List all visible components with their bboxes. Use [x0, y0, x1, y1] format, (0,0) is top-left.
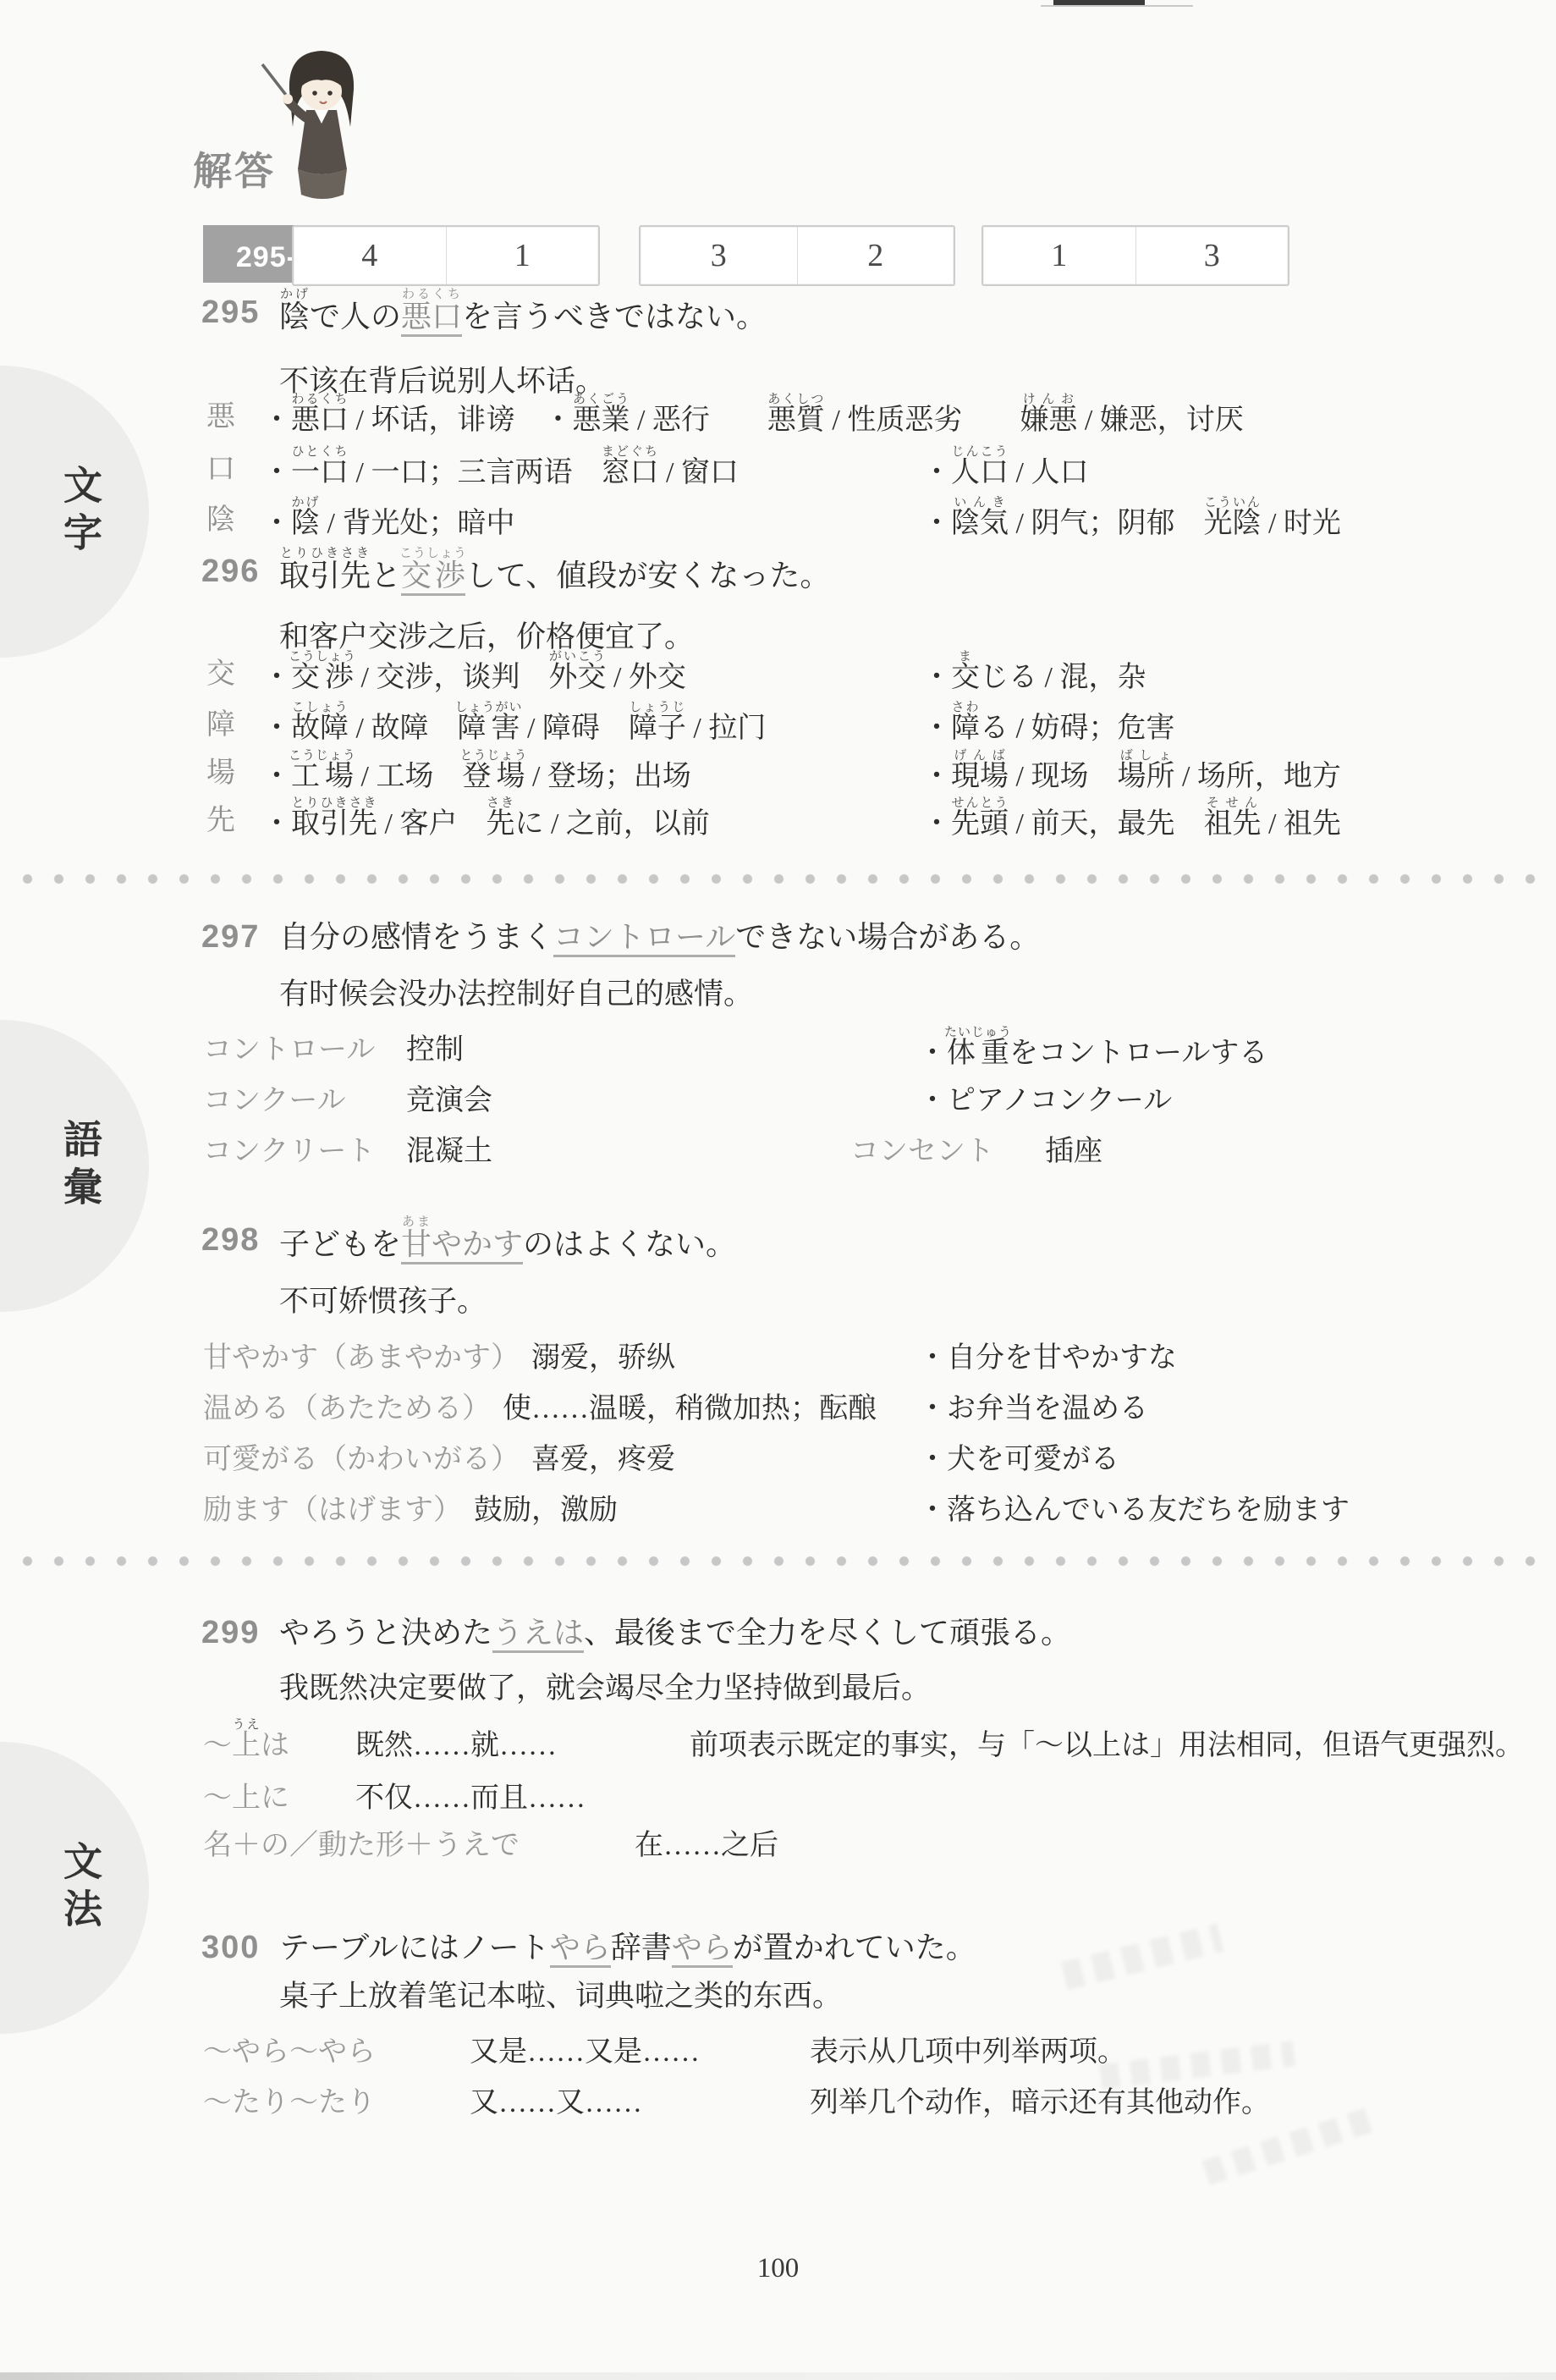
answer-value: 2 — [797, 227, 954, 284]
grammar-row: 名＋の／動た形＋うえで 在……之后 — [203, 1821, 969, 1874]
question-number: 300 — [201, 1923, 260, 1972]
kanji-row: 陰・陰かげ / 背光处；暗中・陰気いんき / 阴气；阴郁 光陰こういん / 时光 — [0, 496, 1556, 548]
question-sentence: 自分の感情をうまくコントロールできない場合がある。 — [279, 912, 1040, 961]
vocab-example: ・体重たいじゅうをコントロールする — [918, 1026, 1267, 1078]
question-number: 299 — [201, 1608, 260, 1657]
vocab-row: コンクリート混凝土コンセント插座 — [0, 1127, 1556, 1180]
answer-word: コントロール — [553, 920, 735, 957]
scan-edge-shadow — [1041, 5, 1193, 7]
grammar-note: 前项表示既定的事实，与「～以上は」用法相同，但语气更强烈。 — [690, 1730, 1524, 1761]
vocab-row: 甘やかす（あまやかす）溺爱，骄纵・自分を甘やかすな — [0, 1334, 1556, 1386]
answer-word: やら — [672, 1931, 733, 1968]
grammar-meaning: 不仅……而且…… — [355, 1774, 690, 1823]
grammar-note: 列举几个动作，暗示还有其他动作。 — [810, 2087, 1270, 2118]
kanji-row: 口・一口ひとくち / 一口；三言两语 窓口まどぐち / 窗口・人口じんこう / … — [0, 445, 1556, 498]
translation-text: 有时候会没办法控制好自己的感情。 — [279, 978, 753, 1011]
question-number: 297 — [201, 912, 260, 961]
question-sentence: 取引先とりひきさきと交渉こうしょうして、値段が安くなった。 — [279, 547, 830, 600]
vocab-meaning: 鼓励，激励 — [474, 1495, 618, 1526]
vocab-example: ・自分を甘やかすな — [918, 1334, 1177, 1383]
grammar-row: ～やら～やら又是……又是……表示从几项中列举两项。 — [203, 2028, 1126, 2080]
question-number: 296 — [201, 547, 260, 596]
question-translation: 不可娇惯孩子。 — [279, 1282, 487, 1321]
dotted-separator — [12, 873, 1545, 884]
vocab-entry: 温める（あたためる）使……温暖，稍微加热；酝酿 — [203, 1385, 877, 1434]
answer-value: 4 — [294, 227, 446, 284]
vocab-meaning: 插座 — [1045, 1127, 1102, 1176]
grammar-pattern: ～やら～やら — [203, 2028, 470, 2077]
vocab-headword: 温める（あたためる） — [203, 1393, 491, 1424]
question-sentence: やろうと決めたうえは、最後まで全力を尽くして頑張る。 — [279, 1608, 1071, 1657]
vocab-example: ・お弁当を温める — [918, 1385, 1148, 1434]
grammar-meaning: 在……之后 — [635, 1821, 969, 1870]
grammar-meaning: 又……又…… — [470, 2079, 810, 2128]
kanji-examples-left: ・故障こしょう / 故障 障害しょうがい / 障碍 障子しょうじ / 拉门 — [262, 701, 766, 753]
translation-text: 我既然决定要做了，就会竭尽全力坚持做到最后。 — [279, 1672, 931, 1705]
kanji-row: 交・交渉こうしょう / 交涉，谈判 外交がいこう / 外交・交まじる / 混，杂 — [0, 650, 1556, 702]
kanji-examples-left: ・交渉こうしょう / 交涉，谈判 外交がいこう / 外交 — [262, 650, 686, 702]
side-tab-label: 文法 — [52, 1841, 108, 1936]
vocab-headword: 励ます（はげます） — [203, 1495, 462, 1526]
side-tab-bunpou: 文法 — [0, 1742, 149, 2034]
question-sentence: テーブルにはノートやら辞書やらが置かれていた。 — [279, 1923, 976, 1972]
answer-word: 甘あまやかす — [401, 1227, 523, 1264]
dotted-separator — [12, 1556, 1545, 1567]
grammar-pattern: ～たり～たり — [203, 2079, 470, 2128]
vocab-headword: 可愛がる（かわいがる） — [203, 1444, 520, 1475]
question-number: 298 — [201, 1215, 260, 1264]
grammar-row: ～上うえは既然……就……前项表示既定的事实，与「～以上は」用法相同，但语气更强烈… — [203, 1718, 1524, 1771]
vocab-headword: コンセント — [850, 1127, 994, 1176]
hand — [283, 94, 293, 104]
kanji-headword: 場 — [206, 749, 235, 798]
question-line: 300テーブルにはノートやら辞書やらが置かれていた。 — [0, 1923, 1556, 1977]
question-line: 298子どもを甘あまやかすのはよくない。 — [0, 1215, 1556, 1270]
question-translation: 我既然决定要做了，就会竭尽全力坚持做到最后。 — [279, 1669, 931, 1708]
kanji-examples-right: ・交まじる / 混，杂 — [922, 650, 1146, 702]
grammar-row: ～上に不仅……而且…… — [203, 1774, 690, 1826]
vocab-headword: コンクール — [203, 1077, 346, 1126]
vocab-meaning: 使……温暖，稍微加热；酝酿 — [503, 1393, 877, 1424]
kanji-row: 悪・悪口わるくち / 坏话，诽谤 ・悪業あくごう / 恶行 悪質あくしつ / 性… — [0, 393, 1556, 445]
question-line: 296取引先とりひきさきと交渉こうしょうして、値段が安くなった。 — [0, 547, 1556, 601]
vocab-headword: コントロール — [203, 1026, 375, 1075]
vocab-meaning: 控制 — [406, 1026, 464, 1075]
answer-value: 1 — [983, 227, 1135, 284]
answer-cell-group: 41 — [292, 225, 600, 286]
kanji-examples-right: ・先頭せんとう / 前天，最先 祖先そせん / 祖先 — [922, 796, 1341, 849]
vocab-example: ・犬を可愛がる — [918, 1435, 1119, 1485]
question-translation: 桌子上放着笔记本啦、词典啦之类的东西。 — [279, 1977, 842, 2016]
kanji-headword: 悪 — [206, 393, 235, 442]
kanji-headword: 交 — [206, 650, 235, 699]
answer-word: 悪口わるくち — [401, 300, 462, 337]
kanji-examples-left: ・一口ひとくち / 一口；三言两语 窓口まどぐち / 窗口 — [262, 445, 739, 498]
kanji-examples-left: ・陰かげ / 背光处；暗中 — [262, 496, 514, 548]
vocab-row: コントロール控制・体重たいじゅうをコントロールする — [0, 1026, 1556, 1078]
grammar-pattern: ～上うえは — [203, 1718, 355, 1771]
question-sentence: 子どもを甘あまやかすのはよくない。 — [279, 1215, 736, 1269]
question-line: 299やろうと決めたうえは、最後まで全力を尽くして頑張る。 — [0, 1608, 1556, 1662]
kanji-examples-right: ・陰気いんき / 阴气；阴郁 光陰こういん / 时光 — [922, 496, 1341, 548]
question-sentence: 陰かげで人の悪口わるくちを言うべきではない。 — [279, 288, 767, 341]
eye-left — [312, 91, 317, 96]
kanji-row: 先・取引先とりひきさき / 客户 先さきに / 之前，以前・先頭せんとう / 前… — [0, 796, 1556, 849]
grammar-pattern: 名＋の／動た形＋うえで — [203, 1821, 635, 1870]
question-number: 295 — [201, 288, 260, 337]
kanji-examples-left: ・工場こうじょう / 工场 登場とうじょう / 登场；出场 — [262, 749, 691, 802]
vocab-row: コンクール竞演会・ピアノコンクール — [0, 1077, 1556, 1129]
vocab-entry: 甘やかす（あまやかす）溺爱，骄纵 — [203, 1334, 675, 1383]
question-line: 295陰かげで人の悪口わるくちを言うべきではない。 — [0, 288, 1556, 342]
vocab-example: ・落ち込んでいる友だちを励ます — [918, 1486, 1350, 1535]
answer-value: 3 — [641, 227, 797, 284]
kanji-examples-right: ・現場げんば / 现场 場所ばしょ / 场所，地方 — [922, 749, 1341, 802]
answer-value: 1 — [446, 227, 599, 284]
question-line: 297自分の感情をうまくコントロールできない場合がある。 — [0, 912, 1556, 967]
answer-value: 3 — [1135, 227, 1289, 284]
page-number: 100 — [0, 2253, 1556, 2284]
vocab-meaning: 竞演会 — [406, 1077, 492, 1126]
question-translation: 有时候会没办法控制好自己的感情。 — [279, 975, 753, 1014]
vocab-meaning: 溺爱，骄纵 — [531, 1342, 675, 1374]
vocab-row: 励ます（はげます）鼓励，激励・落ち込んでいる友だちを励ます — [0, 1486, 1556, 1539]
answer-cell-group: 13 — [981, 225, 1289, 286]
kanji-headword: 口 — [206, 445, 235, 494]
vocab-headword: 甘やかす（あまやかす） — [203, 1342, 520, 1374]
grammar-meaning: 既然……就…… — [355, 1722, 690, 1771]
translation-text: 和客户交涉之后，价格便宜了。 — [279, 620, 694, 653]
kanji-examples-left: ・悪口わるくち / 坏话，诽谤 ・悪業あくごう / 恶行 悪質あくしつ / 性质… — [262, 393, 1244, 445]
vocab-meaning: 混凝土 — [406, 1127, 492, 1176]
grammar-pattern: ～上に — [203, 1774, 355, 1823]
vocab-example: ・ピアノコンクール — [918, 1077, 1172, 1126]
answer-word: やら — [550, 1931, 611, 1968]
kanji-headword: 先 — [206, 796, 235, 846]
vocab-entry: 励ます（はげます）鼓励，激励 — [203, 1486, 618, 1535]
kanji-examples-right: ・人口じんこう / 人口 — [922, 445, 1088, 498]
answer-word: うえは — [492, 1616, 584, 1653]
kanji-examples-left: ・取引先とりひきさき / 客户 先さきに / 之前，以前 — [262, 796, 710, 849]
kanji-headword: 陰 — [206, 496, 235, 545]
kanji-examples-right: ・障さわる / 妨碍；危害 — [922, 701, 1174, 753]
textbook-answer-page: 解答 295-300 正解 413213 文字 語彙 文法 295陰かげで人の悪… — [0, 0, 1556, 2380]
vocab-entry: 可愛がる（かわいがる）喜爱，疼爱 — [203, 1435, 675, 1485]
answer-word: 交渉こうしょう — [401, 559, 465, 596]
kanji-row: 障・故障こしょう / 故障 障害しょうがい / 障碍 障子しょうじ / 拉门・障… — [0, 701, 1556, 753]
answer-cell-group: 32 — [639, 225, 955, 286]
translation-text: 不可娇惯孩子。 — [279, 1285, 487, 1318]
vocab-row: 温める（あたためる）使……温暖，稍微加热；酝酿・お弁当を温める — [0, 1385, 1556, 1437]
kanji-row: 場・工場こうじょう / 工场 登場とうじょう / 登场；出场・現場げんば / 现… — [0, 749, 1556, 802]
translation-text: 桌子上放着笔记本啦、词典啦之类的东西。 — [279, 1980, 842, 2013]
eye-right — [327, 91, 333, 96]
grammar-note: 表示从几项中列举两项。 — [810, 2036, 1126, 2068]
vocab-row: 可愛がる（かわいがる）喜爱，疼爱・犬を可愛がる — [0, 1435, 1556, 1488]
grammar-meaning: 又是……又是…… — [470, 2028, 810, 2077]
vocab-headword: コンクリート — [203, 1127, 375, 1176]
kanji-headword: 障 — [206, 701, 235, 750]
vocab-meaning: 喜爱，疼爱 — [531, 1444, 675, 1475]
teacher-girl-illustration — [254, 42, 382, 210]
scan-bottom-edge — [0, 2372, 1556, 2380]
